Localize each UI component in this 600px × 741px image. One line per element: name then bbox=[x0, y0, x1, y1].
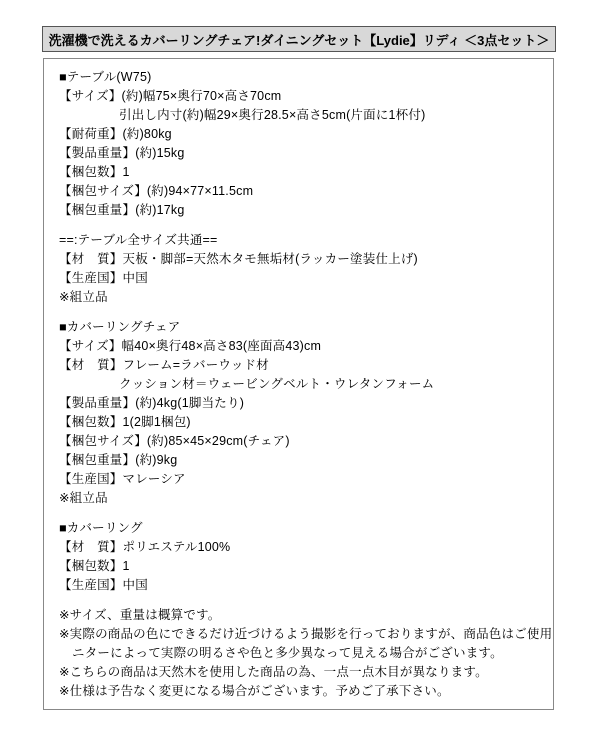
spec-line: 【生産国】マレーシア bbox=[59, 470, 540, 489]
spec-line: クッション材＝ウェービングベルト・ウレタンフォーム bbox=[59, 375, 540, 394]
spec-line: 【サイズ】幅40×奥行48×高さ83(座面高43)cm bbox=[59, 337, 540, 356]
spec-line: ニターによって実際の明るさや色と多少異なって見える場合がございます。 bbox=[59, 644, 540, 663]
section-notes: ※サイズ、重量は概算です。※実際の商品の色にできるだけ近づけるよう撮影を行ってお… bbox=[59, 606, 540, 701]
spec-line: ■テーブル(W75) bbox=[59, 68, 540, 87]
page: 洗濯機で洗えるカバーリングチェア!ダイニングセット【Lydie】リディ ＜3点セ… bbox=[0, 0, 600, 741]
spec-line: ※サイズ、重量は概算です。 bbox=[59, 606, 540, 625]
spec-line: 【材 質】フレーム=ラバーウッド材 bbox=[59, 356, 540, 375]
spec-line: 【製品重量】(約)4kg(1脚当たり) bbox=[59, 394, 540, 413]
section-table-spec: ■テーブル(W75)【サイズ】(約)幅75×奥行70×高さ70cm引出し内寸(約… bbox=[59, 68, 540, 220]
spec-line: 【材 質】ポリエステル100% bbox=[59, 538, 540, 557]
section-chair-spec: ■カバーリングチェア【サイズ】幅40×奥行48×高さ83(座面高43)cm【材 … bbox=[59, 318, 540, 508]
spec-line: ※こちらの商品は天然木を使用した商品の為、一点一点木目が異なります。 bbox=[59, 663, 540, 682]
spec-line: 【梱包重量】(約)17kg bbox=[59, 201, 540, 220]
section-table-common: ==:テーブル全サイズ共通==【材 質】天板・脚部=天然木タモ無垢材(ラッカー塗… bbox=[59, 231, 540, 307]
spec-line: 【梱包サイズ】(約)85×45×29cm(チェア) bbox=[59, 432, 540, 451]
spec-line: 【梱包数】1(2脚1梱包) bbox=[59, 413, 540, 432]
spec-line: ※組立品 bbox=[59, 489, 540, 508]
spec-line: 【材 質】天板・脚部=天然木タモ無垢材(ラッカー塗装仕上げ) bbox=[59, 250, 540, 269]
spec-line: 【サイズ】(約)幅75×奥行70×高さ70cm bbox=[59, 87, 540, 106]
spec-line: ■カバーリング bbox=[59, 519, 540, 538]
spec-line: ※組立品 bbox=[59, 288, 540, 307]
spec-line: 【梱包数】1 bbox=[59, 557, 540, 576]
spec-line: 【梱包重量】(約)9kg bbox=[59, 451, 540, 470]
spec-box: ■テーブル(W75)【サイズ】(約)幅75×奥行70×高さ70cm引出し内寸(約… bbox=[43, 58, 554, 710]
spec-line: ※仕様は予告なく変更になる場合がございます。予めご了承下さい。 bbox=[59, 682, 540, 701]
spec-line: 【製品重量】(約)15kg bbox=[59, 144, 540, 163]
spec-line: 【梱包サイズ】(約)94×77×11.5cm bbox=[59, 182, 540, 201]
spec-line: 引出し内寸(約)幅29×奥行28.5×高さ5cm(片面に1杯付) bbox=[59, 106, 540, 125]
spec-line: ※実際の商品の色にできるだけ近づけるよう撮影を行っておりますが、商品色はご使用の… bbox=[59, 625, 540, 644]
spec-line: 【生産国】中国 bbox=[59, 576, 540, 595]
section-cover-spec: ■カバーリング【材 質】ポリエステル100%【梱包数】1【生産国】中国 bbox=[59, 519, 540, 595]
spec-line: 【耐荷重】(約)80kg bbox=[59, 125, 540, 144]
spec-line: ==:テーブル全サイズ共通== bbox=[59, 231, 540, 250]
spec-line: ■カバーリングチェア bbox=[59, 318, 540, 337]
spec-line: 【生産国】中国 bbox=[59, 269, 540, 288]
spec-line: 【梱包数】1 bbox=[59, 163, 540, 182]
product-title: 洗濯機で洗えるカバーリングチェア!ダイニングセット【Lydie】リディ ＜3点セ… bbox=[49, 30, 550, 49]
product-title-bar: 洗濯機で洗えるカバーリングチェア!ダイニングセット【Lydie】リディ ＜3点セ… bbox=[42, 26, 556, 52]
